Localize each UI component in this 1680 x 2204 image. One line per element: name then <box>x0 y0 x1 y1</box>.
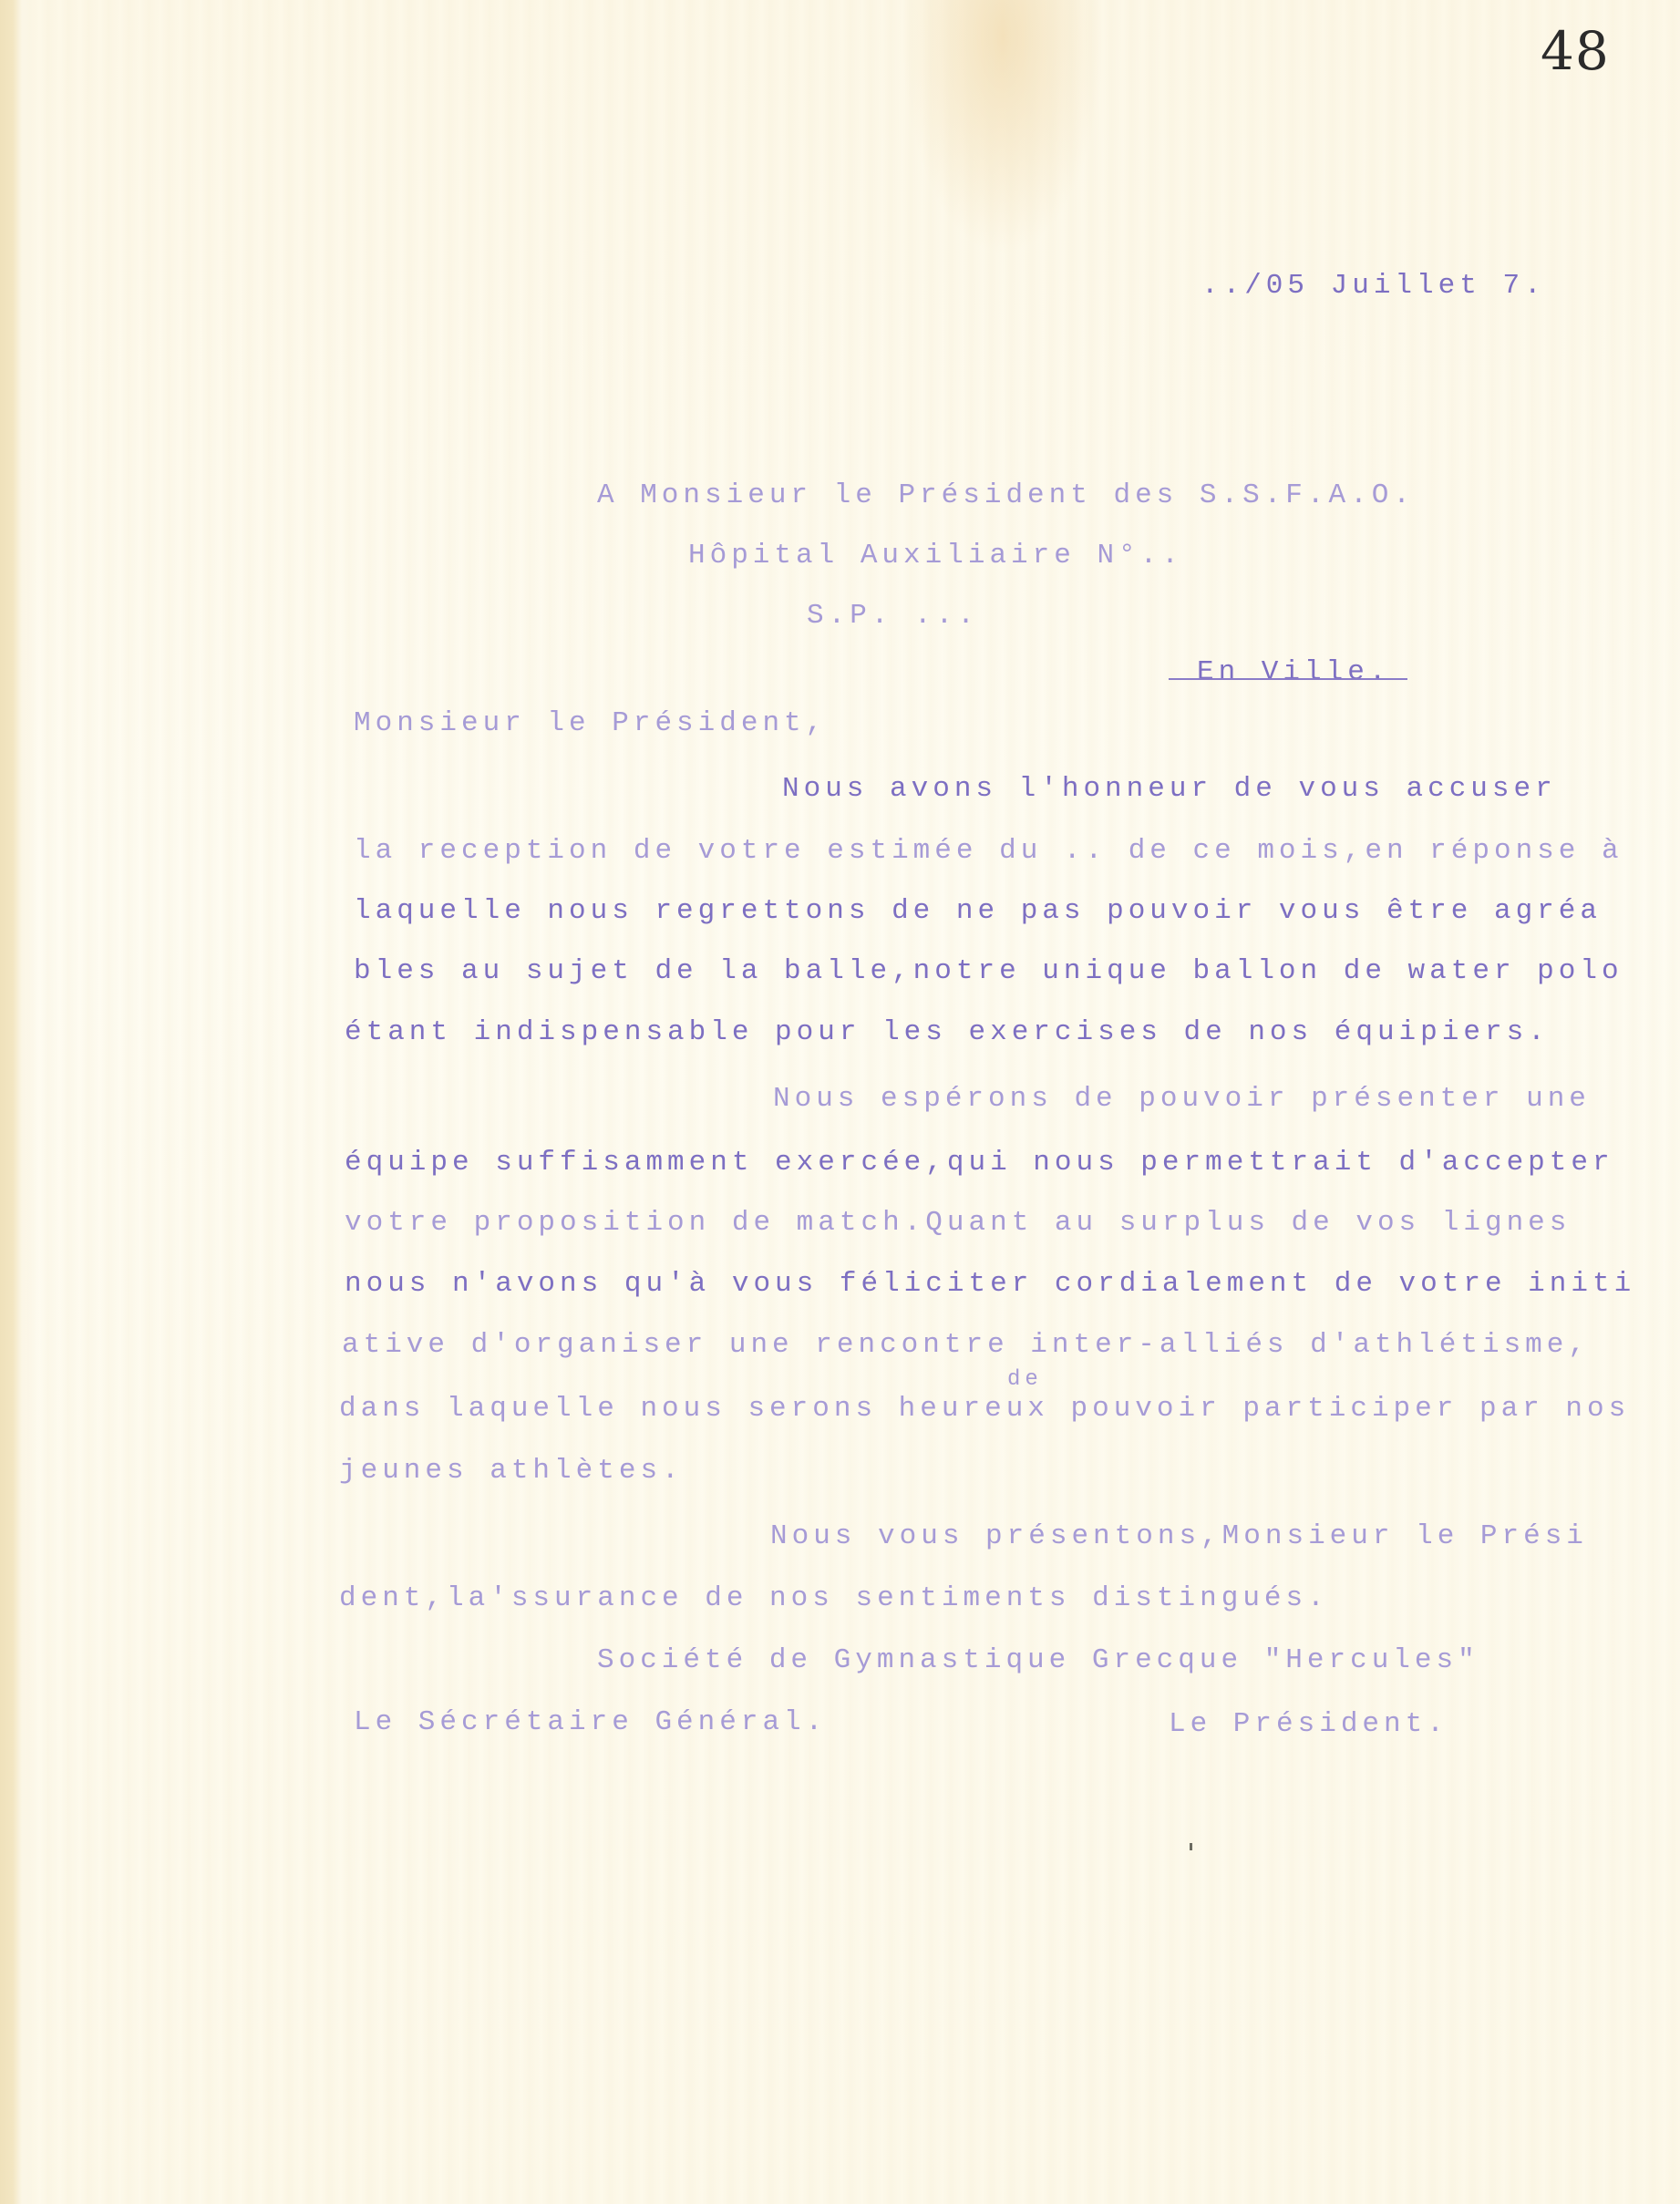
signatory-president: Le Président. <box>1169 1710 1448 1738</box>
body-line: jeunes athlètes. <box>339 1457 684 1485</box>
body-line: étant indispensable pour les exercises d… <box>345 1018 1550 1046</box>
recipient-line-2: Hôpital Auxiliaire N°.. <box>688 541 1183 570</box>
body-line: la reception de votre estimée du .. de c… <box>354 837 1623 865</box>
en-ville-underline <box>1169 678 1407 680</box>
body-line: Nous espérons de pouvoir présenter une <box>773 1085 1591 1113</box>
body-line: Nous avons l'honneur de vous accuser <box>782 775 1557 803</box>
letter-page: 48 ../05 Juillet 7. A Monsieur le Présid… <box>0 0 1680 2204</box>
folio-number: 48 <box>1541 20 1610 82</box>
signatory-secretary: Le Sécrétaire Général. <box>354 1708 827 1736</box>
signature-organization: Société de Gymnastique Grecque "Hercules… <box>597 1646 1479 1674</box>
recipient-line-3: S.P. ... <box>807 602 979 630</box>
date-line: ../05 Juillet 7. <box>1201 272 1546 300</box>
body-line: bles au sujet de la balle,notre unique b… <box>354 957 1623 985</box>
closing-line: Nous vous présentons,Monsieur le Prési <box>770 1522 1588 1550</box>
body-line: nous n'avons qu'à vous féliciter cordial… <box>345 1270 1635 1298</box>
recipient-line-1: A Monsieur le Président des S.S.F.A.O. <box>597 481 1415 510</box>
body-line: dans laquelle nous serons heureux pouvoi… <box>339 1395 1630 1423</box>
body-line: votre proposition de match.Quant au surp… <box>345 1209 1571 1237</box>
body-line: ative d'organiser une rencontre inter-al… <box>342 1331 1590 1359</box>
closing-line: dent,la'ssurance de nos sentiments disti… <box>339 1584 1329 1612</box>
interlinear-insertion: de <box>1007 1369 1043 1391</box>
recipient-line-4: En Ville. <box>1197 658 1390 686</box>
body-line: équipe suffisamment exercée,qui nous per… <box>345 1148 1614 1177</box>
salutation: Monsieur le Président, <box>354 709 827 737</box>
paper-speck <box>1190 1843 1192 1850</box>
body-line: laquelle nous regrettons de ne pas pouvo… <box>354 897 1602 925</box>
